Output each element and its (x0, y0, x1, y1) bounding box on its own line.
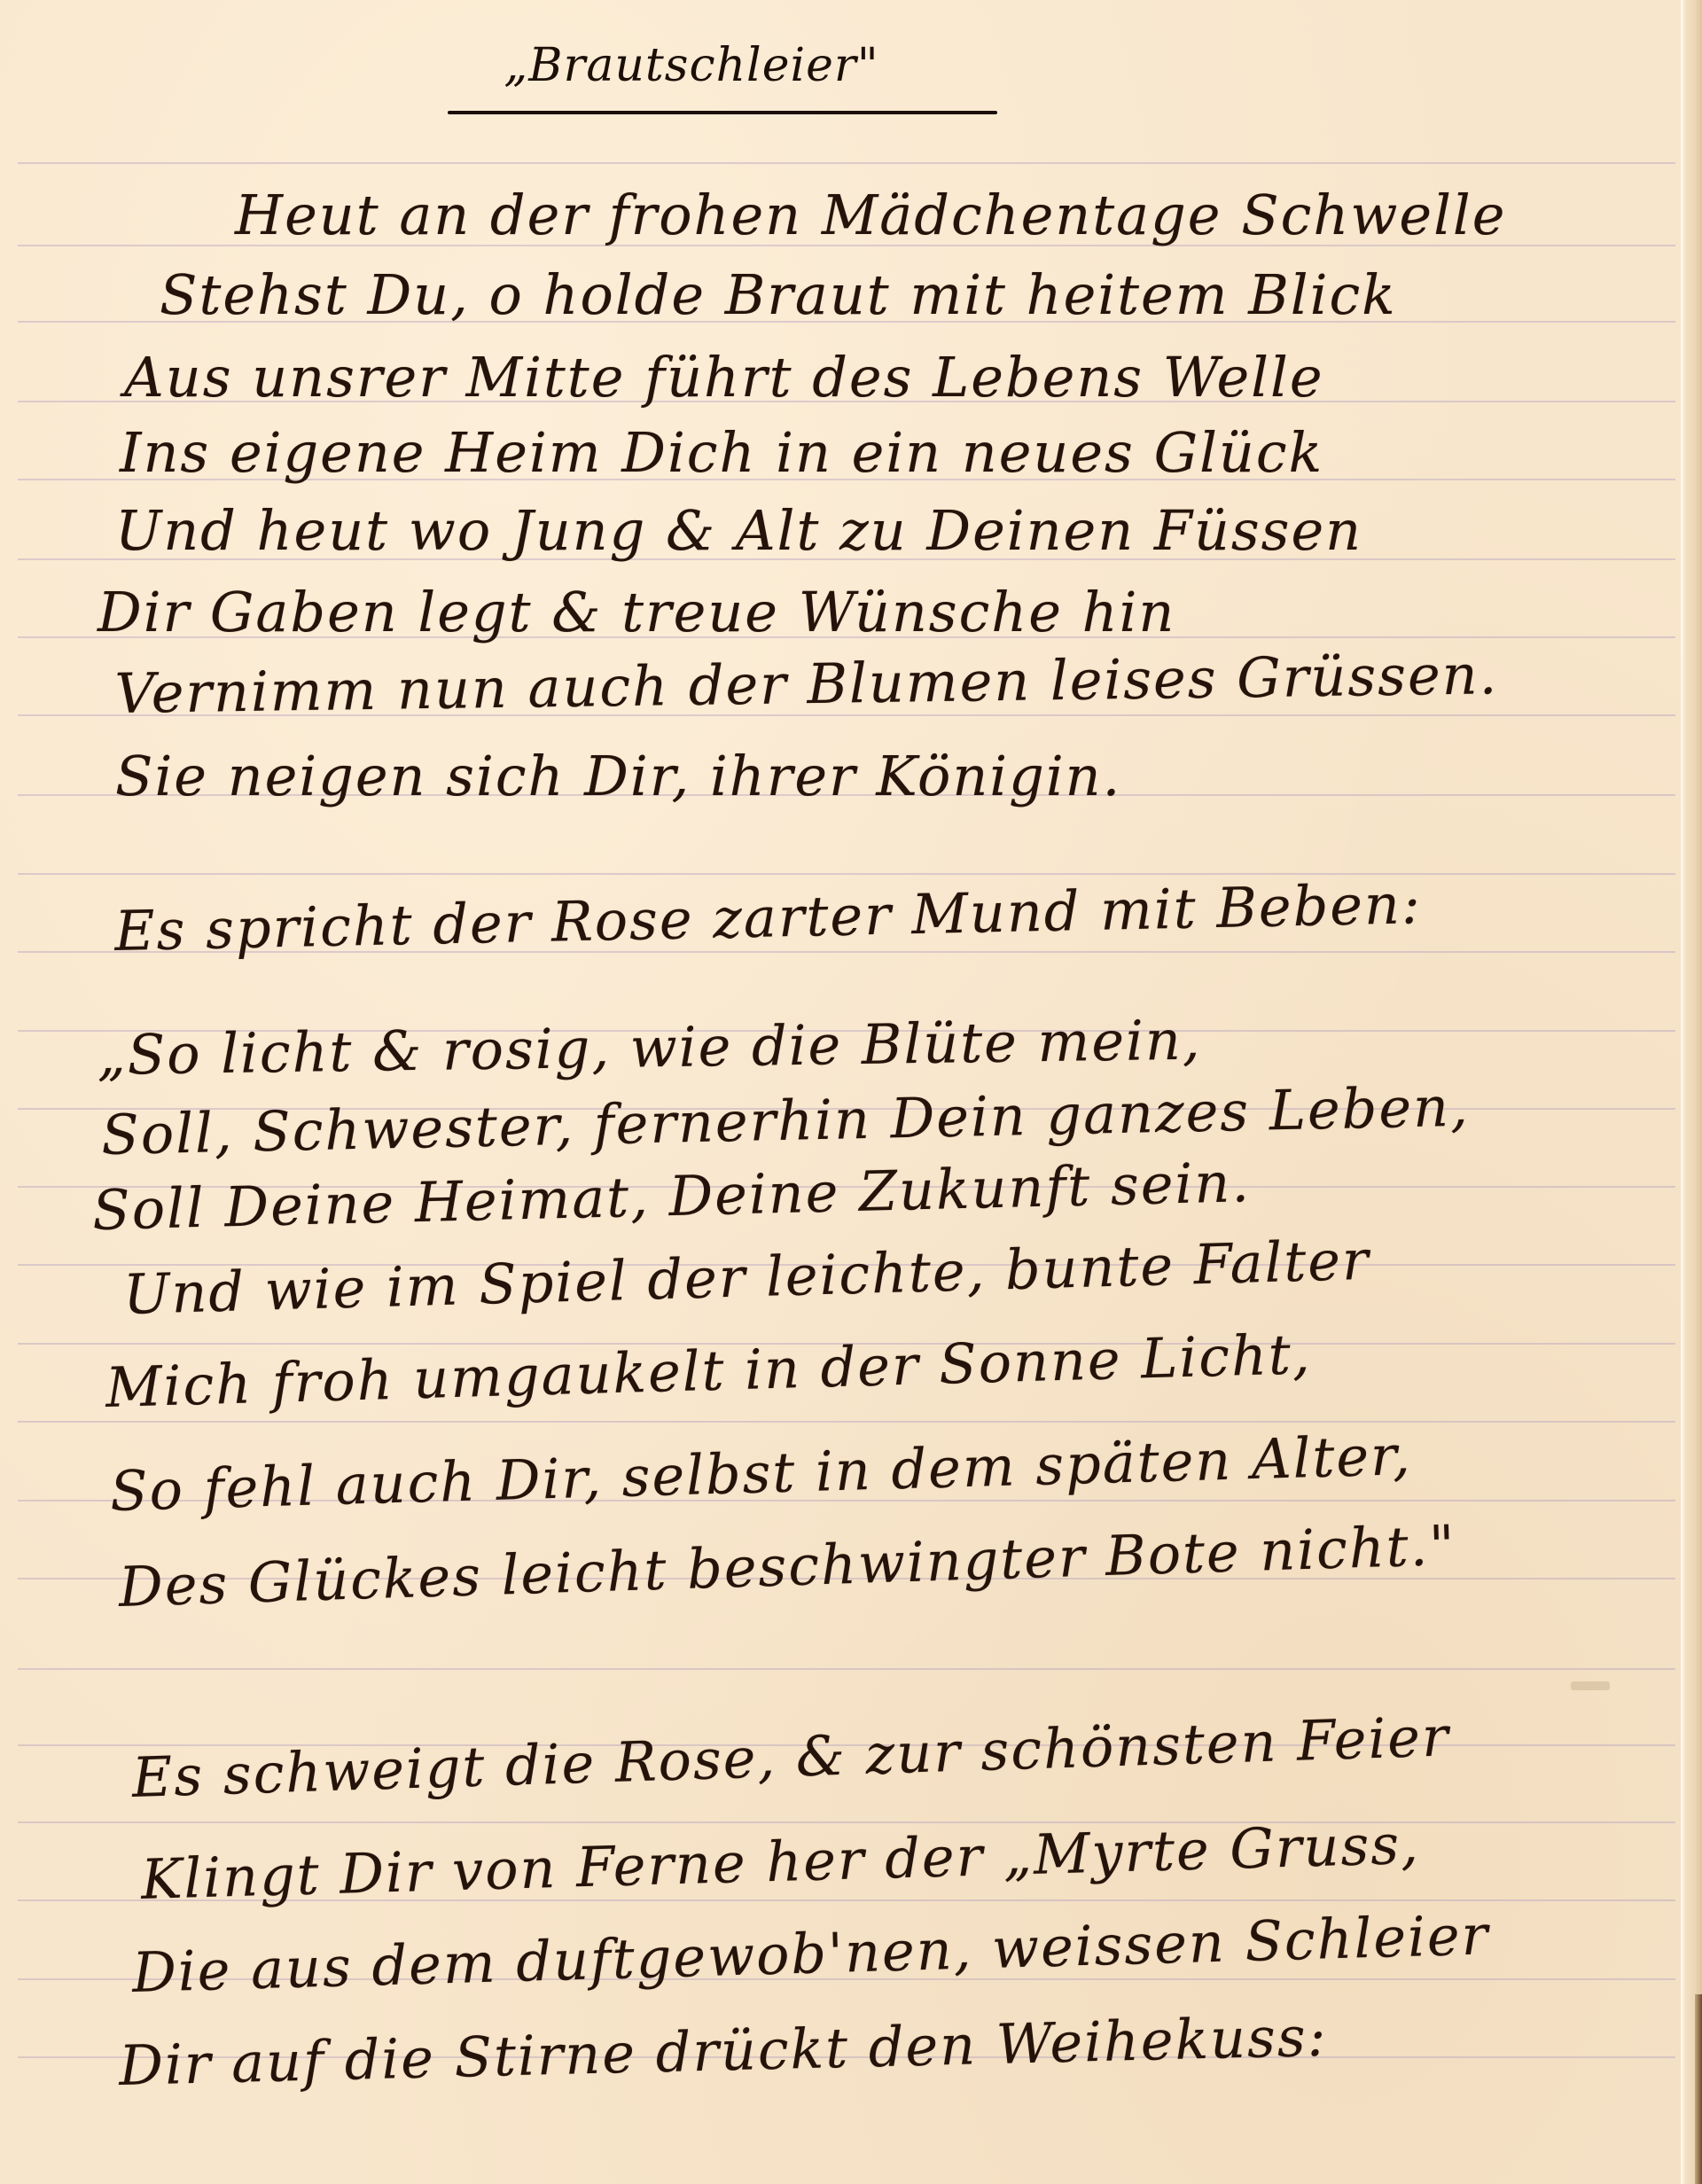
page-edge-shadow (1695, 1994, 1702, 2184)
verse-line: Es spricht der Rose zarter Mund mit Bebe… (114, 877, 1423, 959)
verse-line: Heut an der frohen Mädchentage Schwelle (235, 188, 1506, 243)
verse-line: Ins eigene Heim Dich in ein neues Glück (120, 425, 1323, 480)
ruled-line (18, 873, 1675, 875)
title-underline (448, 111, 997, 114)
verse-line: Soll, Schwester, fernerhin Dein ganzes L… (101, 1080, 1471, 1163)
verse-line: Die aus dem duftgewob'nen, weissen Schle… (131, 1907, 1490, 2001)
verse-line: So fehl auch Dir, selbst in dem späten A… (109, 1428, 1412, 1519)
verse-line: Dir auf die Stirne drückt den Weihekuss: (118, 2009, 1328, 2094)
verse-line: Stehst Du, o holde Braut mit heitem Blic… (160, 268, 1397, 323)
ruled-line (18, 162, 1675, 164)
verse-line: Und heut wo Jung & Alt zu Deinen Füssen (115, 503, 1362, 558)
page-edge (1681, 0, 1702, 2184)
poem-title-block: „Brautschleier" (372, 43, 1011, 89)
ruled-line (18, 1668, 1675, 1670)
verse-line: Und wie im Spiel der leichte, bunte Falt… (122, 1233, 1370, 1322)
verse-line: Soll Deine Heimat, Deine Zukunft sein. (91, 1155, 1251, 1238)
verse-line: Des Glückes leicht beschwingter Bote nic… (118, 1518, 1457, 1615)
verse-line: Klingt Dir von Ferne her der „Myrte Grus… (140, 1817, 1420, 1907)
verse-line: Es schweigt die Rose, & zur schönsten Fe… (131, 1709, 1450, 1806)
ruled-line (18, 1821, 1675, 1823)
verse-line: Mich froh umgaukelt in der Sonne Licht, (105, 1327, 1312, 1416)
verse-line: Dir Gaben legt & treue Wünsche hin (98, 585, 1175, 640)
verse-line: Aus unsrer Mitte führt des Lebens Welle (124, 350, 1324, 405)
poem-title: „Brautschleier" (504, 39, 878, 92)
ruled-line (18, 1421, 1675, 1423)
verse-line: Vernimm nun auch der Blumen leises Grüss… (114, 647, 1499, 721)
verse-line: Sie neigen sich Dir, ihrer Königin. (115, 749, 1121, 804)
ink-smudge (1571, 1681, 1610, 1690)
verse-line: „So licht & rosig, wie die Blüte mein, (97, 1013, 1202, 1083)
manuscript-page: „Brautschleier" Heut an der frohen Mädch… (0, 0, 1681, 2184)
